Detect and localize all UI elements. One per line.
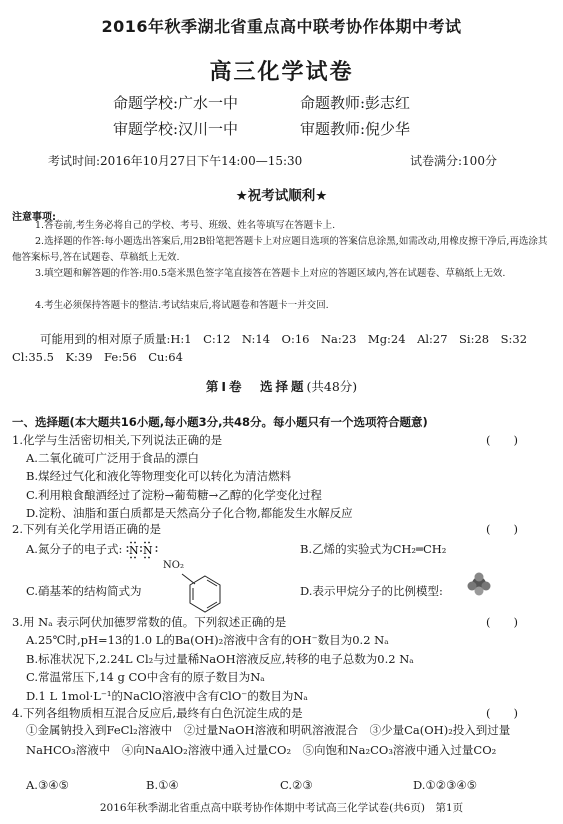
question-2-option-c: C.硝基苯的结构简式为 [26,583,142,599]
question-3-option-d: D.1 L 1mol·L⁻¹的NaClO溶液中含有ClO⁻的数目为Nₐ [26,688,308,704]
question-3-option-a: A.25℃时,pH=13的1.0 L的Ba(OH)₂溶液中含有的OH⁻数目为0.… [26,632,389,648]
question-2-stem: 2.下列有关化学用语正确的是 [12,521,161,537]
paper-title: 高三化学试卷 [0,55,563,86]
question-3-stem: 3.用 Nₐ 表示阿伏加德罗常数的值。下列叙述正确的是 [12,614,286,630]
svg-text:N: N [129,544,139,557]
note-item: 1.答卷前,考生务必将自己的学校、考号、班级、姓名等填写在答题卡上. [12,218,552,234]
note-item: 4.考生必须保持答题卡的整洁.考试结束后,将试题卷和答题卡一并交回. [12,298,552,314]
question-1-option-c: C.利用粮食酿酒经过了淀粉→葡萄糖→乙醇的化学变化过程 [26,487,322,503]
question-2-option-d: D.表示甲烷分子的比例模型: [300,583,443,599]
atomic-masses: 可能用到的相对原子质量:H:1 C:12 N:14 O:16 Na:23 Mg:… [12,330,552,366]
question-4-stem: 4.下列各组物质相互混合反应后,最终有白色沉淀生成的是 [12,705,303,721]
question-3-option-b: B.标准状况下,2.24L Cl₂与过量稀NaOH溶液反应,转移的电子总数为0.… [26,651,414,667]
note-item: 3.填空题和解答题的作答:用0.5毫米黑色签字笔直接答在答题卡上对应的答题区域内… [12,266,552,282]
note-item: 2.选择题的作答:每小题选出答案后,用2B铅笔把答题卡上对应题目选项的答案信息涂… [12,234,552,266]
section-name: 第Ⅰ卷 选择题 [206,379,307,394]
question-1-option-a: A.二氧化硫可广泛用于食品的漂白 [26,450,199,466]
question-4-option-c: C.②③ [280,778,313,792]
exam-title: 2016年秋季湖北省重点高中联考协作体期中考试 [0,14,563,37]
section-points: (共48分) [306,379,357,394]
page-footer: 2016年秋季湖北省重点高中联考协作体期中考试高三化学试卷(共6页) 第1页 [0,800,563,815]
question-2-option-b: B.乙烯的实验式为CH₂═CH₂ [300,541,446,557]
answer-blank-3: ( ) [486,614,518,630]
question-4-option-a: A.③④⑤ [26,778,69,792]
section-title: 第Ⅰ卷 选择题(共48分) [0,377,563,395]
option-a-text: A.氮分子的电子式: [26,542,122,556]
answer-blank-1: ( ) [486,432,518,448]
exam-time: 考试时间:2016年10月27日下午14:00—15:30 [48,152,302,169]
reviewer-school: 审题学校:汉川一中 [113,118,238,139]
question-4-option-d: D.①②③④⑤ [413,778,477,792]
full-score: 试卷满分:100分 [410,152,497,169]
question-1-option-d: D.淀粉、油脂和蛋白质都是天然高分子化合物,都能发生水解反应 [26,505,353,521]
setter-school: 命题学校:广水一中 [113,92,238,113]
question-1-option-b: B.煤经过气化和液化等物理变化可以转化为清洁燃料 [26,468,291,484]
question-4-body: ①金属钠投入到FeCl₂溶液中 ②过量NaOH溶液和明矾溶液混合 ③少量Ca(O… [26,720,556,760]
question-3-option-c: C.常温常压下,14 g CO中含有的原子数目为Nₐ [26,669,265,685]
section-intro: 一、选择题(本大题共16小题,每小题3分,共48分。每小题只有一个选项符合题意) [12,414,428,430]
answer-blank-4: ( ) [486,705,518,721]
methane-space-filling-model-icon [467,572,491,596]
setter-teacher: 命题教师:彭志红 [300,92,410,113]
n2-electron-formula-icon: N N [126,541,158,559]
reviewer-teacher: 审题教师:倪少华 [300,118,410,139]
question-4-option-b: B.①④ [146,778,179,792]
question-2-option-a: A.氮分子的电子式: N N [26,541,158,559]
svg-text:N: N [143,544,153,557]
answer-blank-2: ( ) [486,521,518,537]
good-luck-banner: ★祝考试顺利★ [0,184,563,204]
question-1-stem: 1.化学与生活密切相关,下列说法正确的是 [12,432,222,448]
